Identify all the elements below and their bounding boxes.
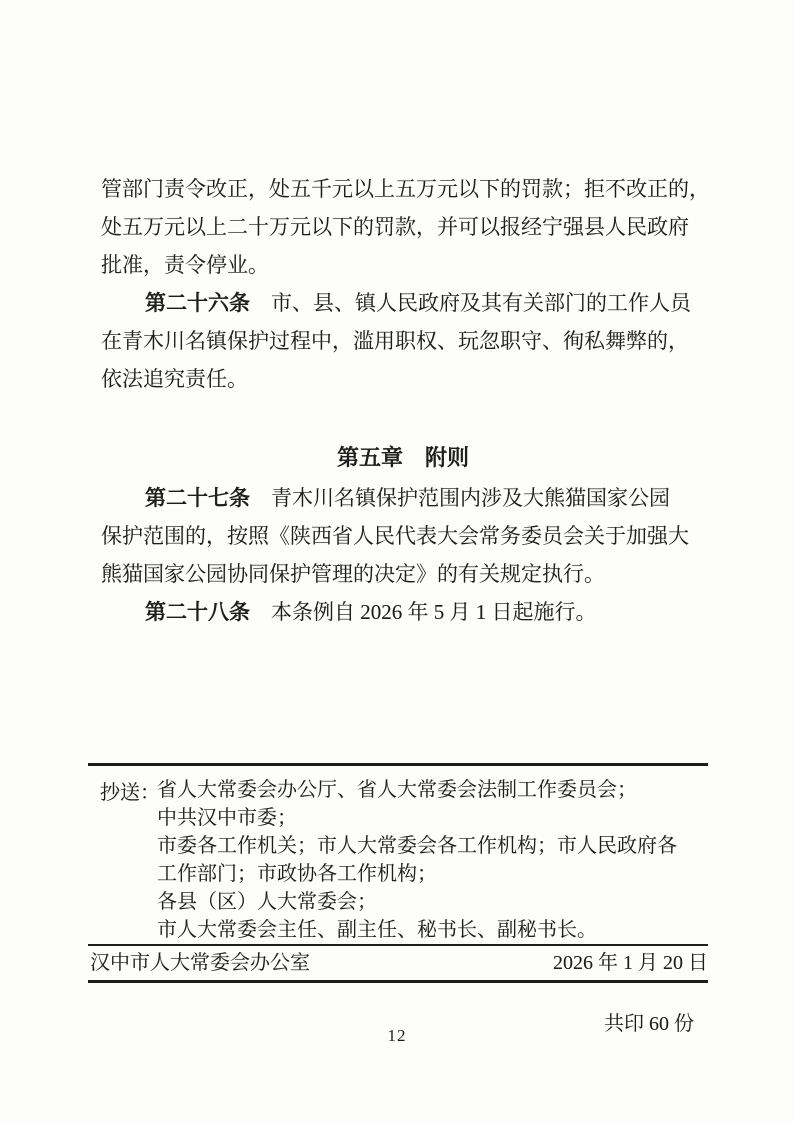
cc-line-2: 中共汉中市委； <box>157 804 708 832</box>
cc-line-1: 省人大常委会办公厅、省人大常委会法制工作委员会； <box>157 776 708 804</box>
cc-line-5: 各县（区）人大常委会； <box>157 888 708 916</box>
article-27: 第二十七条 青木川名镇保护范围内涉及大熊猫国家公园 保护范围的，按照《陕西省人民… <box>101 479 705 593</box>
paragraph-continuation: 管部门责令改正，处五千元以上五万元以下的罚款；拒不改正的， 处五万元以上二十万元… <box>101 170 705 284</box>
article-26-term: 第二十六条 <box>145 291 250 315</box>
page-number: 12 <box>0 1026 794 1046</box>
cc-lines: 省人大常委会办公厅、省人大常委会法制工作委员会； 中共汉中市委； 市委各工作机关… <box>157 776 708 944</box>
cc-line-6: 市人大常委会主任、副主任、秘书长、副秘书长。 <box>157 916 708 944</box>
article-28-term: 第二十八条 <box>145 600 250 624</box>
issue-date: 2026 年 1 月 20 日 <box>553 946 708 980</box>
issuer-office: 汉中市人大常委会办公室 <box>90 946 310 980</box>
cc-line-3: 市委各工作机关；市人大常委会各工作机构；市人民政府各 <box>157 832 708 860</box>
article-26: 第二十六条 市、县、镇人民政府及其有关部门的工作人员 在青木川名镇保护过程中，滥… <box>101 284 705 398</box>
document-page: 管部门责令改正，处五千元以上五万元以下的罚款；拒不改正的， 处五万元以上二十万元… <box>0 0 794 1122</box>
article-27-term: 第二十七条 <box>145 486 250 510</box>
chapter-5-heading: 第五章 附则 <box>101 436 705 479</box>
cc-label: 抄送： <box>88 776 157 805</box>
article-28: 第二十八条 本条例自 2026 年 5 月 1 日起施行。 <box>101 593 705 631</box>
document-footer: 抄送： 省人大常委会办公厅、省人大常委会法制工作委员会； 中共汉中市委； 市委各… <box>88 763 708 1065</box>
cc-block: 抄送： 省人大常委会办公厅、省人大常委会法制工作委员会； 中共汉中市委； 市委各… <box>88 763 708 944</box>
print-count-row: 共印 60 份 <box>88 980 708 1065</box>
issuer-row: 汉中市人大常委会办公室 2026 年 1 月 20 日 <box>88 944 708 980</box>
document-body: 管部门责令改正，处五千元以上五万元以下的罚款；拒不改正的， 处五万元以上二十万元… <box>101 170 705 631</box>
cc-line-4: 工作部门；市政协各工作机构； <box>157 860 708 888</box>
article-28-text: 本条例自 2026 年 5 月 1 日起施行。 <box>250 600 597 624</box>
